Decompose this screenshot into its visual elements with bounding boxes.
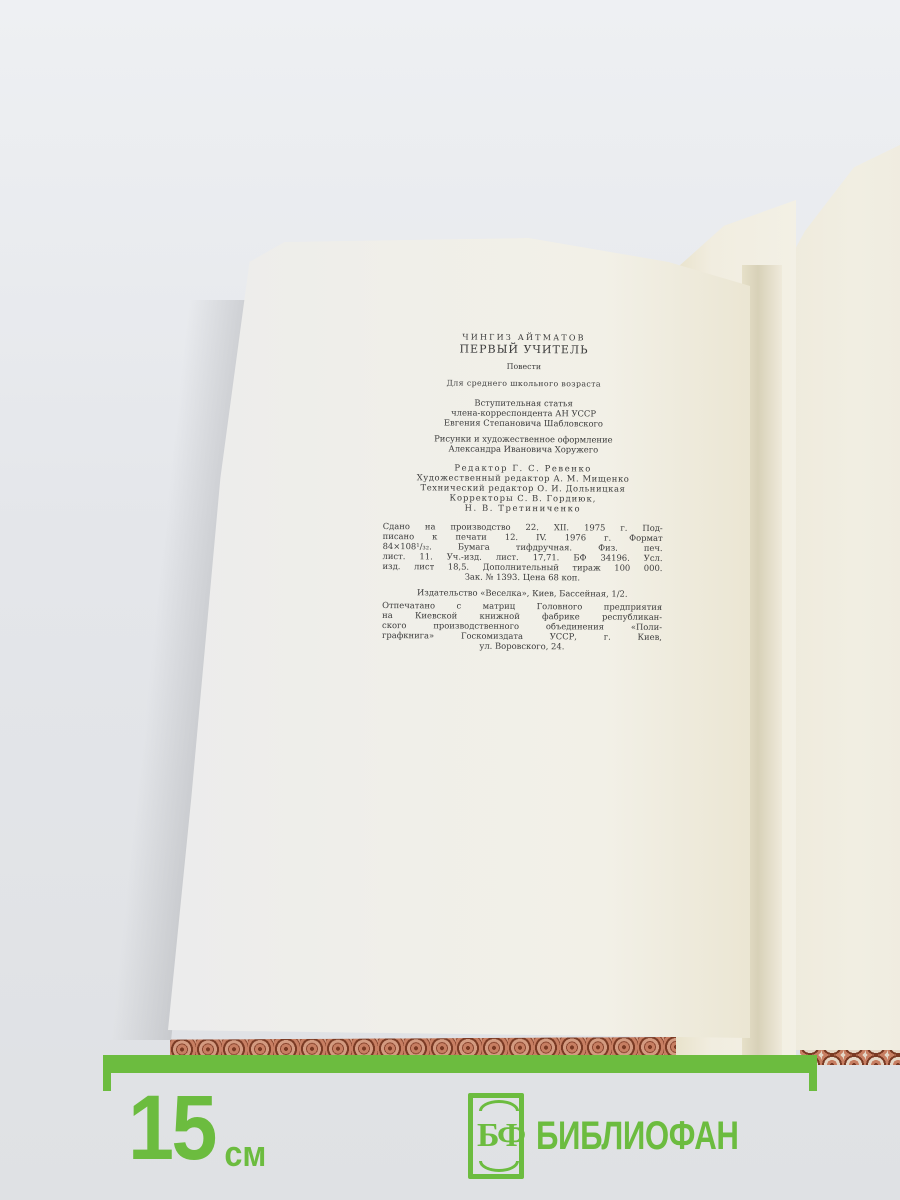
publisher: Издательство «Веселка», Киев, Бассейная,…: [382, 587, 662, 599]
open-book-icon: БФ: [468, 1093, 524, 1179]
size-label: 15 см: [128, 1082, 269, 1174]
book-title: Первый учитель: [384, 342, 664, 357]
print-line: Зак. № 1393. Цена 68 коп.: [382, 571, 662, 583]
photo-scene: Чингиз Айтматов Первый учитель Повести Д…: [0, 0, 900, 1200]
print-details: Сдано на производство 22. XII. 1975 г. П…: [382, 521, 662, 583]
printer-line: ул. Воровского, 24.: [382, 640, 662, 652]
audience: Для среднего школьного возраста: [384, 378, 664, 390]
brand-name: БИБЛИОФАН: [536, 1116, 738, 1156]
printer-details: Отпечатано с матриц Головного предприяти…: [382, 600, 662, 652]
credit-line: Н. В. Третиниченко: [383, 502, 663, 514]
illustration-line: Александра Ивановича Хоружего: [383, 443, 663, 455]
logo-letters: БФ: [477, 1116, 524, 1156]
imprint-block: Чингиз Айтматов Первый учитель Повести Д…: [382, 332, 664, 652]
brand-logo: БФ БИБЛИОФАН: [468, 1093, 796, 1179]
intro-line: Евгения Степановича Шабловского: [383, 417, 663, 429]
editorial-credits: Редактор Г. С. Ревенко Художественный ре…: [383, 462, 663, 514]
intro-credit: Вступительная статья члена-корреспондент…: [383, 397, 663, 429]
book-top-curve: [479, 1100, 519, 1111]
book-bottom-curve: [479, 1161, 519, 1172]
illustration-credit: Рисунки и художественное оформление Алек…: [383, 433, 663, 455]
size-number: 15: [128, 1082, 215, 1174]
genre: Повести: [384, 361, 664, 373]
size-unit: см: [225, 1136, 267, 1172]
